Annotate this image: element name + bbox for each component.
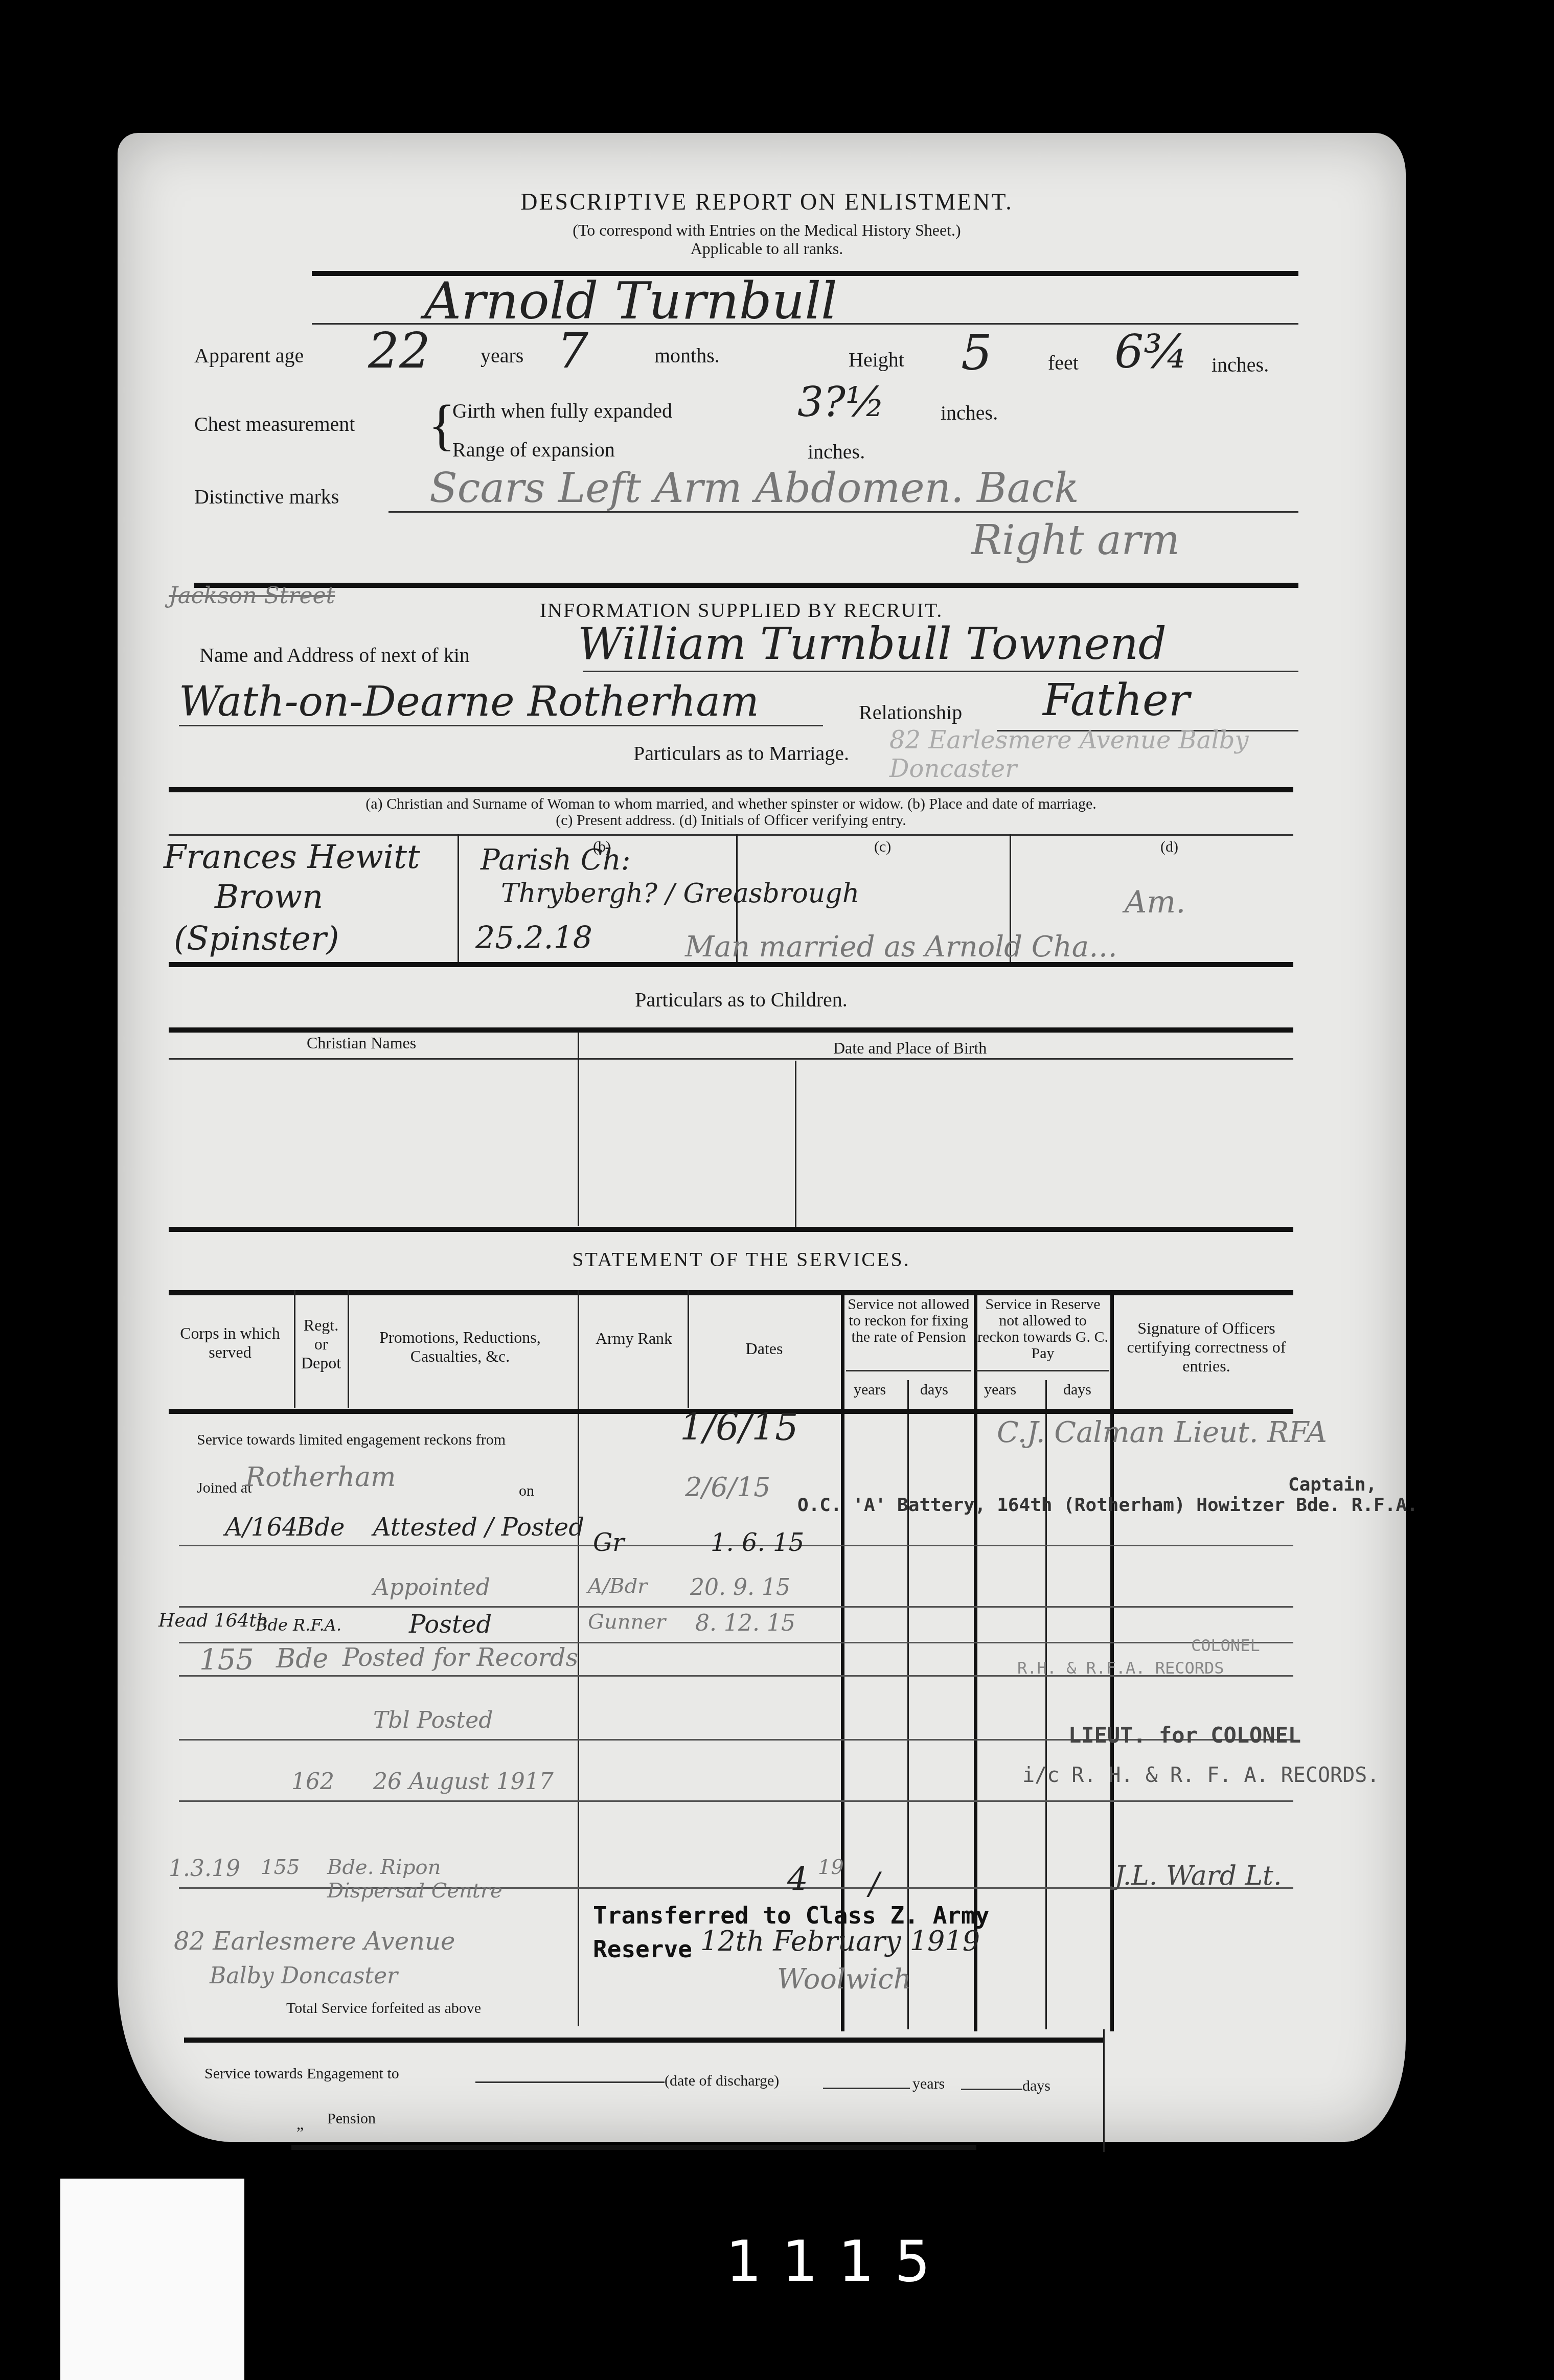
joined-on-value: 2/6/15: [685, 1472, 770, 1503]
ditto-mark: „: [296, 2114, 304, 2133]
girth-value: 3?½: [797, 378, 885, 426]
divider: [823, 2088, 910, 2089]
engagement-days-label: days: [1022, 2077, 1050, 2095]
divider: [169, 1227, 1293, 1232]
next-of-kin-label: Name and Address of next of kin: [199, 643, 470, 667]
children-heading: Particulars as to Children.: [511, 988, 971, 1012]
marriage-heading: Particulars as to Marriage.: [511, 741, 971, 765]
col-d-label: (d): [1160, 838, 1178, 856]
col-promotions: Promotions, Reductions, Casualties, &c.: [353, 1328, 567, 1366]
divider: [179, 725, 823, 726]
engagement-years-label: years: [912, 2075, 945, 2093]
range-unit: inches.: [808, 440, 865, 464]
reserve-days-label: days: [1063, 1381, 1091, 1399]
pension-years-label: years: [854, 1381, 886, 1399]
officer-signature-2: J.L. Ward Lt.: [1114, 1861, 1282, 1891]
age-label: Apparent age: [194, 344, 304, 368]
column-divider: [348, 1290, 349, 1408]
stamp-lieut-colonel: LIEUT. for COLONEL: [1068, 1723, 1301, 1748]
divider: [961, 2089, 1022, 2090]
spouse-surname: Brown: [215, 878, 323, 916]
column-divider: [795, 1061, 796, 1227]
col-corps: Corps in which served: [169, 1324, 291, 1362]
col-signature: Signature of Officers certifying correct…: [1114, 1319, 1298, 1376]
months-label: months.: [654, 344, 720, 368]
stamp-battery: O.C. 'A' Battery, 164th (Rotherham) Howi…: [797, 1495, 1418, 1516]
col-pension: Service not allowed to reckon for fixing…: [846, 1296, 971, 1345]
column-divider: [458, 834, 459, 962]
distinctive-marks-label: Distinctive marks: [194, 485, 339, 509]
girth-unit: inches.: [941, 401, 998, 425]
officer-signature-1: C.J. Calman Lieut. RFA: [997, 1416, 1327, 1449]
marriage-instructions: (a) Christian and Surname of Woman to wh…: [169, 795, 1293, 813]
stamp-colonel-faint: COLONEL: [1191, 1636, 1260, 1655]
struck-margin-note: Jackson Street: [169, 583, 335, 609]
discharge-label: (date of discharge): [665, 2072, 779, 2090]
divider: [291, 2145, 976, 2150]
age-years-value: 22: [368, 322, 430, 379]
next-of-kin-address: Wath-on-Dearne Rotherham: [179, 678, 759, 725]
table-row: Head 164th Bde R.F.A. Posted Gunner 8. 1…: [179, 1610, 1293, 1643]
folio-number: 1115: [726, 2229, 951, 2294]
services-heading: STATEMENT OF THE SERVICES.: [460, 1247, 1022, 1271]
marriage-place-2: Thrybergh? / Greasbrough: [501, 878, 859, 909]
col-c-label: (c): [874, 838, 891, 856]
marriage-note: Man married as Arnold Cha…: [685, 930, 1117, 964]
recruit-name: Arnold Turnbull: [424, 271, 837, 331]
divider: [583, 671, 1298, 672]
joined-at-label: Joined at: [197, 1479, 252, 1497]
column-divider: [688, 1290, 689, 1408]
divider: [194, 583, 1298, 588]
stamp-records-faint: R.H. & R.F.A. RECORDS: [1017, 1658, 1224, 1678]
pension-label: Pension: [327, 2110, 376, 2127]
transfer-place: Woolwich: [777, 1963, 911, 1995]
stamp-transfer-line2: Reserve: [593, 1935, 692, 1963]
col-army-rank: Army Rank: [583, 1329, 685, 1348]
distinctive-marks-value: Scars Left Arm Abdomen. Back: [429, 464, 1079, 512]
relationship-label: Relationship: [859, 700, 962, 724]
relationship-value: Father: [1043, 675, 1190, 726]
divider: [388, 511, 1298, 513]
divider: [169, 1027, 1293, 1033]
range-label: Range of expansion: [452, 438, 615, 462]
brace-icon: {: [428, 393, 455, 457]
height-feet-value: 5: [961, 324, 992, 381]
divider: [184, 2038, 1104, 2043]
column-divider: [578, 1032, 579, 1226]
engagement-label: Service towards Engagement to: [204, 2065, 399, 2082]
divider: [169, 1058, 1293, 1060]
form-subtitle: (To correspond with Entries on the Medic…: [358, 221, 1176, 240]
marriage-instructions-2: (c) Present address. (d) Initials of Off…: [169, 812, 1293, 829]
spouse-status: (Spinster): [174, 920, 339, 958]
inches-label: inches.: [1212, 353, 1269, 377]
divider: [169, 787, 1293, 792]
divider: [475, 2081, 665, 2083]
form-title: DESCRIPTIVE REPORT ON ENLISTMENT.: [358, 188, 1176, 215]
marriage-date: 25.2.18: [475, 920, 592, 956]
divider: [169, 834, 1293, 836]
divider: [169, 962, 1293, 967]
feet-label: feet: [1048, 351, 1079, 375]
col-regt: Regt. or Depot: [295, 1316, 347, 1372]
joined-on-label: on: [519, 1482, 534, 1500]
divider: [312, 323, 1298, 325]
chest-label: Chest measurement: [194, 412, 355, 436]
scan-calibration-card: [60, 2179, 244, 2380]
transfer-date: 12th February 1919: [700, 1925, 980, 1957]
officer-initials: Am.: [1125, 884, 1185, 920]
column-divider: [1103, 2029, 1105, 2152]
col-reserve: Service in Reserve not allowed to reckon…: [976, 1296, 1109, 1362]
reserve-years-mark: 4: [787, 1861, 808, 1898]
pension-days-label: days: [920, 1381, 948, 1399]
next-of-kin-value: William Turnbull Townend: [578, 619, 1167, 670]
reserve-years-label: years: [984, 1381, 1016, 1399]
limited-engagement-label: Service towards limited engagement recko…: [197, 1431, 506, 1449]
girth-label: Girth when fully expanded: [452, 399, 672, 423]
divider: [976, 1370, 1109, 1371]
age-months-value: 7: [557, 322, 588, 379]
limited-engagement-value: 1/6/15: [680, 1406, 798, 1449]
height-inches-value: 6¾: [1114, 325, 1189, 379]
height-label: Height: [849, 348, 904, 372]
table-row: Appointed A/Bdr 20. 9. 15: [179, 1574, 1293, 1608]
children-col-birth: Date and Place of Birth: [833, 1039, 987, 1058]
stamp-captain: Captain,: [1288, 1474, 1377, 1495]
years-label: years: [481, 344, 523, 368]
children-col-names: Christian Names: [307, 1034, 416, 1052]
spouse-name: Frances Hewitt: [164, 838, 420, 876]
joined-at-value: Rotherham: [245, 1462, 396, 1493]
stamp-records: i/c R. H. & R. F. A. RECORDS.: [1022, 1764, 1379, 1787]
divider: [846, 1370, 971, 1371]
divider: [169, 1290, 1293, 1295]
pension-years-mark: /: [869, 1866, 879, 1902]
table-row: A/164 Bde Attested / Posted Gr 1. 6. 15: [179, 1513, 1293, 1546]
total-forfeited-label: Total Service forfeited as above: [286, 2000, 481, 2017]
distinctive-marks-value-2: Right arm: [971, 516, 1180, 564]
marriage-place: Parish Ch:: [481, 843, 631, 877]
col-dates: Dates: [690, 1339, 838, 1358]
form-applicability: Applicable to all ranks.: [358, 239, 1176, 258]
